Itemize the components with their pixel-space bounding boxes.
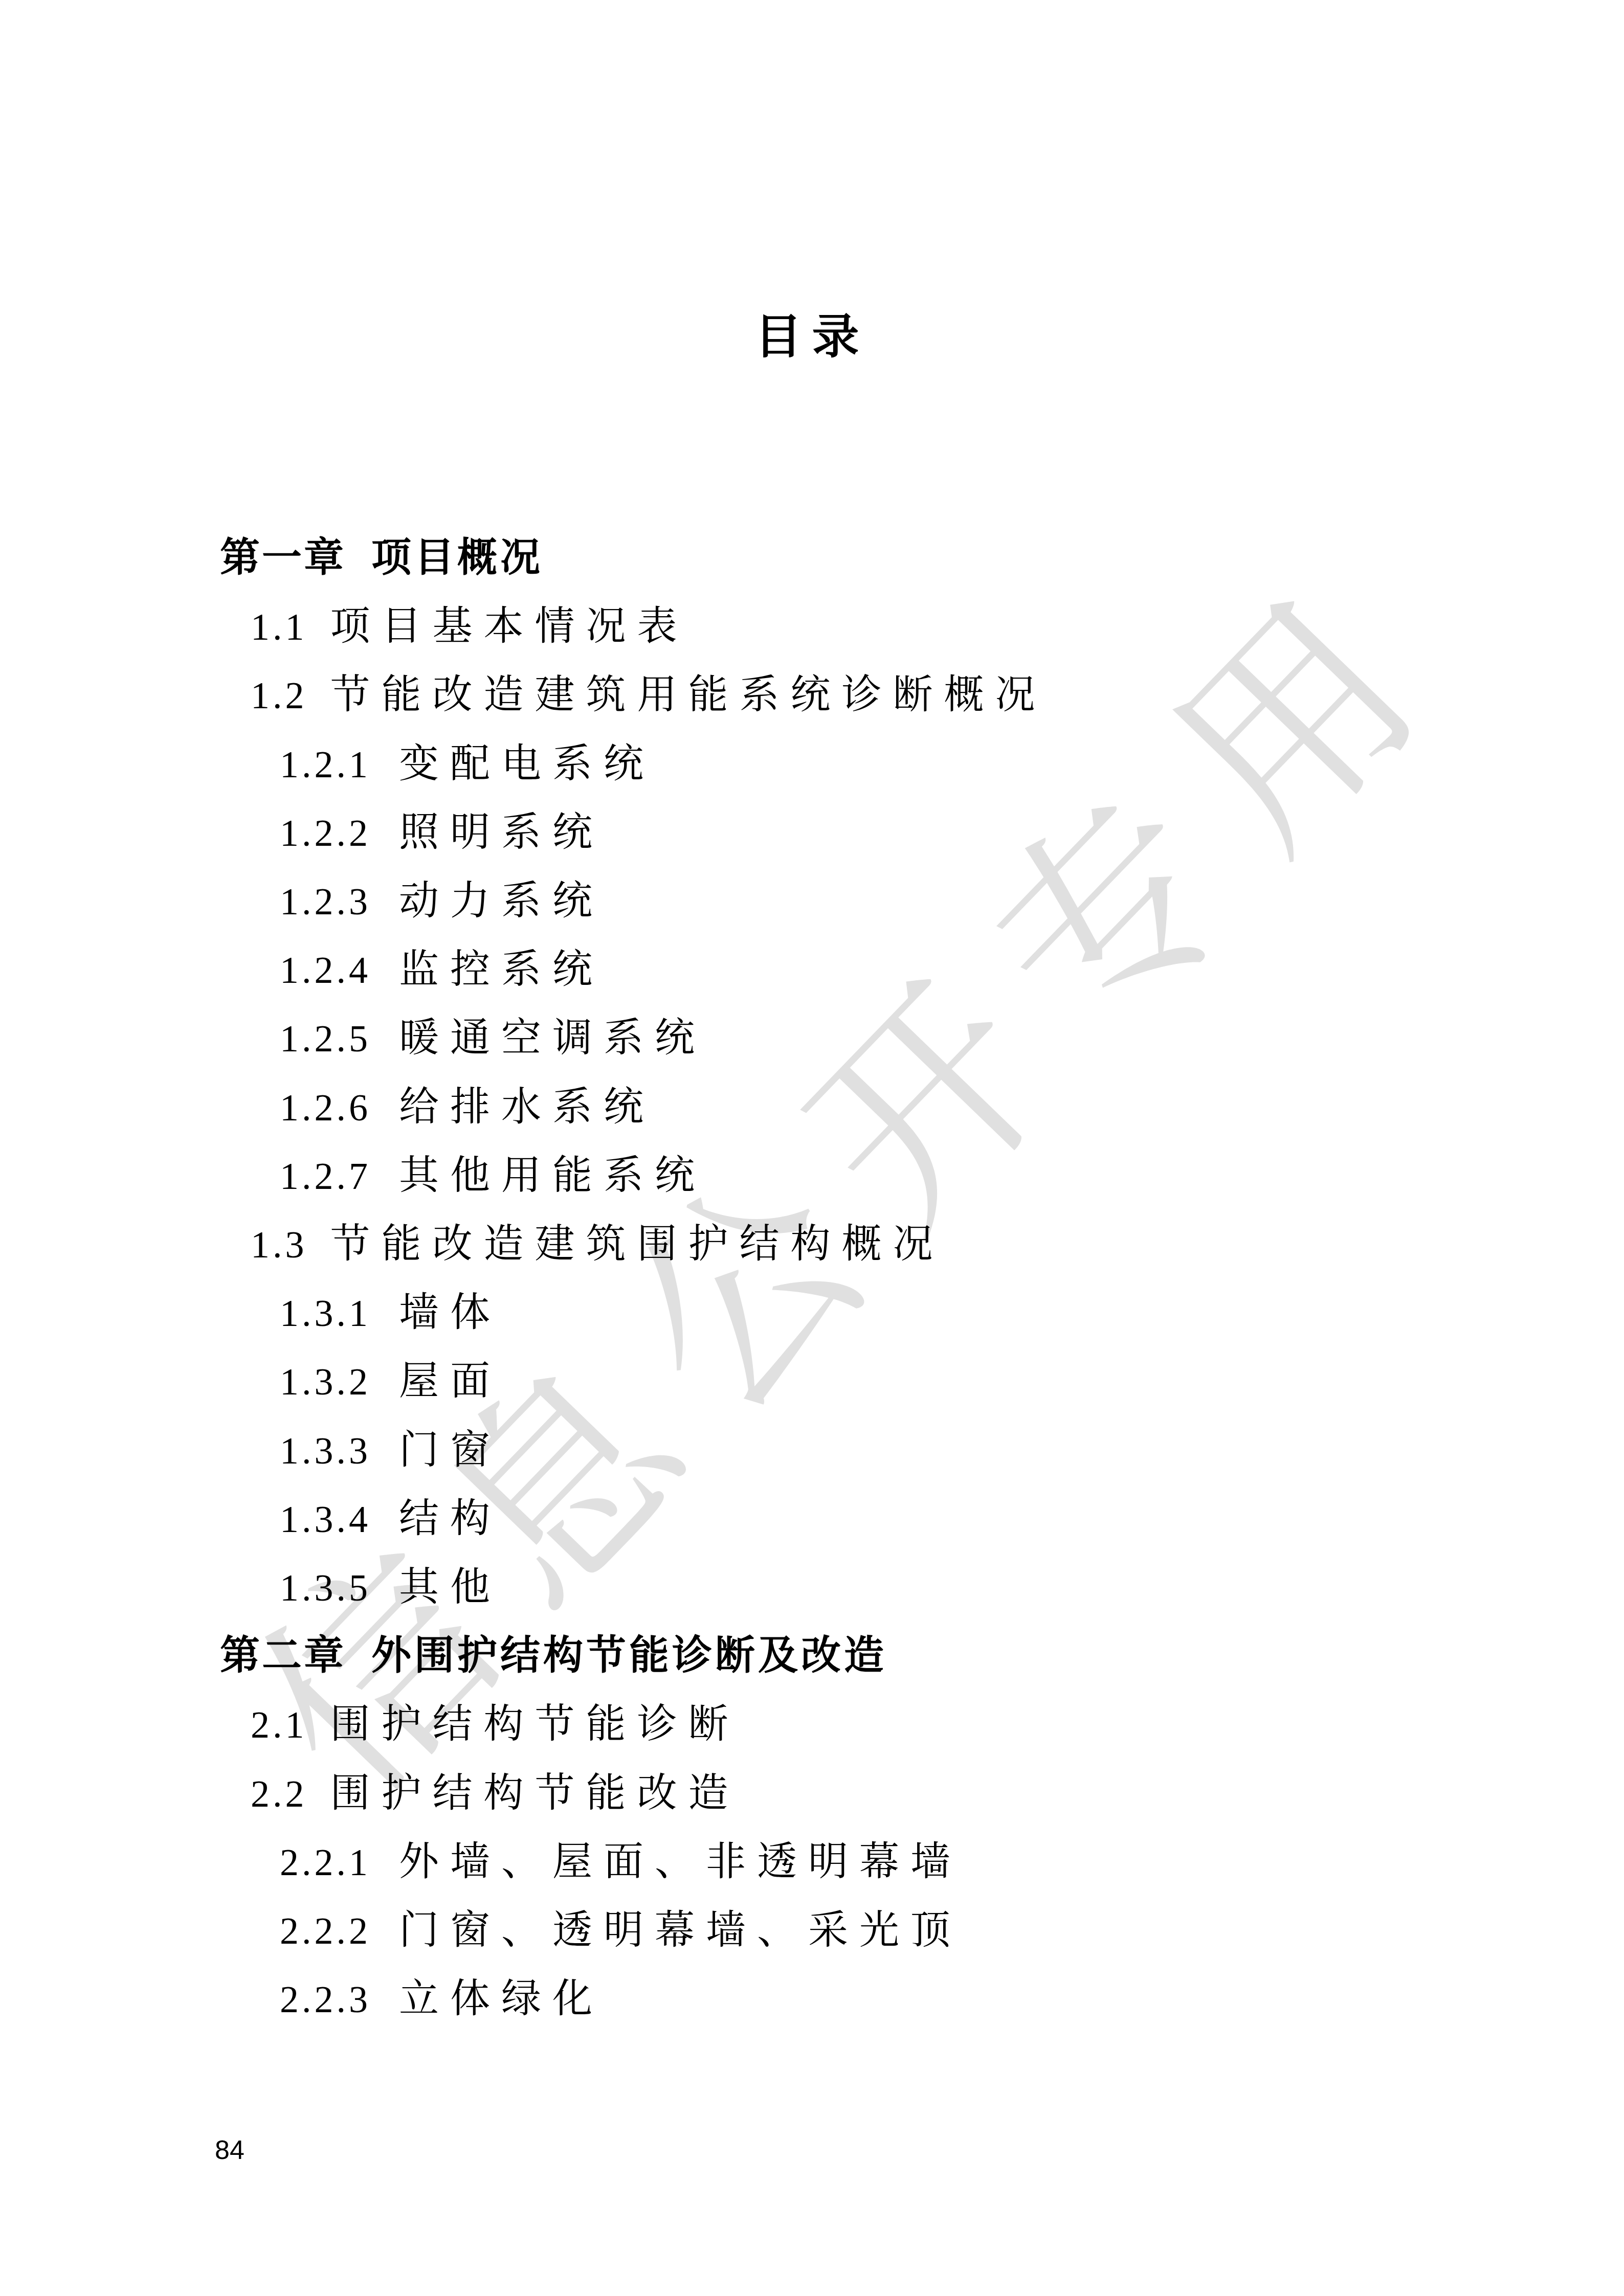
toc-entry-number: 1.2 bbox=[251, 677, 307, 716]
toc-entry-number: 2.2.1 bbox=[280, 1843, 371, 1883]
toc-entry-label: 给排水系统 bbox=[399, 1086, 655, 1128]
toc-entry-label: 其他用能系统 bbox=[399, 1155, 706, 1197]
toc-entry: 2.1围护结构节能诊断 bbox=[251, 1703, 740, 1746]
toc-entry-number: 1.1 bbox=[251, 608, 307, 648]
toc-entry-label: 变配电系统 bbox=[399, 743, 655, 785]
toc-entry: 2.2围护结构节能改造 bbox=[251, 1772, 740, 1815]
toc-entry-label: 门窗 bbox=[399, 1429, 501, 1471]
toc-entry-label: 外墙、屋面、非透明幕墙 bbox=[399, 1841, 962, 1883]
toc-entry-label: 项目基本情况表 bbox=[330, 605, 688, 647]
toc-entry: 1.3.3门窗 bbox=[280, 1429, 501, 1472]
toc-entry-label: 其他 bbox=[399, 1566, 501, 1608]
toc-entry-label: 节能改造建筑用能系统诊断概况 bbox=[330, 674, 1047, 716]
toc-entry-number: 1.3.2 bbox=[280, 1363, 371, 1403]
toc-entry: 2.2.2门窗、透明幕墙、采光顶 bbox=[280, 1909, 962, 1952]
toc-entry-label: 节能改造建筑围护结构概况 bbox=[330, 1223, 944, 1265]
toc-entry: 2.2.1外墙、屋面、非透明幕墙 bbox=[280, 1841, 962, 1883]
toc-entry-label: 监控系统 bbox=[399, 949, 604, 991]
toc-entry-number: 1.3.4 bbox=[280, 1500, 371, 1540]
toc-entry-number: 1.3.3 bbox=[280, 1432, 371, 1472]
toc-entry-label: 围护结构节能改造 bbox=[330, 1772, 740, 1814]
page-number: 84 bbox=[215, 2135, 244, 2166]
toc-entry: 第二章外围护结构节能诊断及改造 bbox=[220, 1635, 887, 1677]
toc-entry-label: 墙体 bbox=[399, 1292, 501, 1334]
toc-entry: 第一章项目概况 bbox=[220, 537, 543, 579]
toc-entry: 1.3节能改造建筑围护结构概况 bbox=[251, 1223, 944, 1266]
toc-entry-number: 2.2.3 bbox=[280, 1980, 371, 2020]
toc-entry-label: 动力系统 bbox=[399, 880, 604, 922]
toc-entry: 1.2节能改造建筑用能系统诊断概况 bbox=[251, 674, 1047, 716]
toc-entry: 1.2.3动力系统 bbox=[280, 880, 604, 922]
toc-entry: 1.2.7其他用能系统 bbox=[280, 1155, 706, 1197]
toc-entry: 1.3.1墙体 bbox=[280, 1292, 501, 1334]
toc-entry-number: 2.1 bbox=[251, 1706, 307, 1746]
toc-entry-label: 结构 bbox=[399, 1498, 501, 1540]
toc-entry: 1.2.6给排水系统 bbox=[280, 1086, 655, 1129]
toc-entry: 1.3.2屋面 bbox=[280, 1360, 501, 1403]
toc-entry-label: 暖通空调系统 bbox=[399, 1017, 706, 1059]
toc-entry: 1.3.4结构 bbox=[280, 1498, 501, 1540]
toc-entry-number: 1.3.5 bbox=[280, 1569, 371, 1609]
toc-entry-number: 2.2.2 bbox=[280, 1912, 371, 1952]
toc-entry-label: 项目概况 bbox=[371, 537, 543, 579]
toc-entry-number: 1.2.1 bbox=[280, 746, 371, 785]
toc-entry-number: 第二章 bbox=[220, 1635, 346, 1677]
toc-entry-label: 立体绿化 bbox=[399, 1978, 604, 2020]
toc-entry-label: 外围护结构节能诊断及改造 bbox=[371, 1635, 887, 1677]
toc-entry-number: 2.2 bbox=[251, 1775, 307, 1815]
toc-entry-number: 第一章 bbox=[220, 537, 346, 579]
toc-entry-number: 1.2.5 bbox=[280, 1020, 371, 1060]
toc-entry-number: 1.2.3 bbox=[280, 883, 371, 922]
document-page: 信息公开专用 目录 第一章项目概况1.1项目基本情况表1.2节能改造建筑用能系统… bbox=[0, 0, 1624, 2296]
toc-entry-label: 照明系统 bbox=[399, 812, 604, 853]
toc-entry: 1.2.2照明系统 bbox=[280, 812, 604, 854]
toc-entry-number: 1.2.7 bbox=[280, 1157, 371, 1197]
toc-entry-number: 1.2.6 bbox=[280, 1089, 371, 1129]
table-of-contents: 第一章项目概况1.1项目基本情况表1.2节能改造建筑用能系统诊断概况1.2.1变… bbox=[0, 0, 1624, 2296]
toc-entry-number: 1.3 bbox=[251, 1226, 307, 1266]
toc-entry: 1.2.4监控系统 bbox=[280, 949, 604, 991]
toc-entry-number: 1.3.1 bbox=[280, 1294, 371, 1334]
toc-entry-label: 屋面 bbox=[399, 1360, 501, 1402]
toc-entry: 1.2.1变配电系统 bbox=[280, 743, 655, 785]
toc-entry: 1.3.5其他 bbox=[280, 1566, 501, 1609]
toc-entry-label: 围护结构节能诊断 bbox=[330, 1703, 740, 1745]
toc-entry-number: 1.2.2 bbox=[280, 814, 371, 854]
toc-entry-label: 门窗、透明幕墙、采光顶 bbox=[399, 1909, 962, 1951]
toc-entry: 1.2.5暖通空调系统 bbox=[280, 1017, 706, 1060]
toc-entry: 1.1项目基本情况表 bbox=[251, 605, 688, 648]
toc-entry: 2.2.3立体绿化 bbox=[280, 1978, 604, 2020]
toc-entry-number: 1.2.4 bbox=[280, 951, 371, 991]
